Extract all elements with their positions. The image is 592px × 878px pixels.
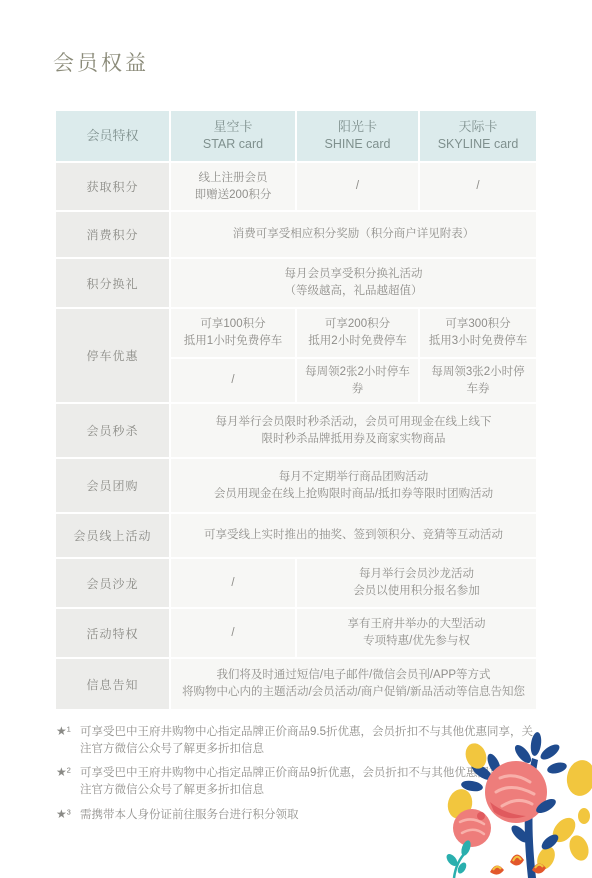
row-points-gift: 积分换礼 每月会员享受积分换礼活动 （等级越高，礼品越超值） [56,259,536,307]
table-header-row: 会员特权 星空卡 STAR card 阳光卡 SHINE card 天际卡 SK… [56,111,536,161]
row-label-group-buy: 会员团购 [56,459,169,512]
row-flash-sale: 会员秒杀 每月举行会员限时秒杀活动，会员可用现金在线上线下 限时秒杀品牌抵用券及… [56,404,536,457]
row-spend-points: 消费积分 消费可享受相应积分奖励（积分商户详见附表） [56,212,536,257]
row-label-info-notice: 信息告知 [56,659,169,709]
cell-earn-points-star: 线上注册会员 即赠送200积分 [171,163,295,210]
row-label-online-events: 会员线上活动 [56,514,169,557]
cell-info-notice-all: 我们将及时通过短信/电子邮件/微信会员刊/APP等方式 将购物中心内的主题活动/… [171,659,536,709]
card-name-cn: 星空卡 [213,119,252,134]
row-label-points-gift: 积分换礼 [56,259,169,307]
row-parking-1: 停车优惠 可享100积分 抵用1小时免费停车 可享200积分 抵用2小时免费停车… [56,309,536,357]
cell-parking1-shine: 可享200积分 抵用2小时免费停车 [297,309,418,357]
row-member-salon: 会员沙龙 / 每月举行会员沙龙活动 会员以使用积分报名参加 [56,559,536,607]
flower-decoration-illustration [424,730,592,878]
cell-earn-points-shine: / [297,163,418,210]
cell-member-salon-star: / [171,559,295,607]
cell-parking1-skyline: 可享300积分 抵用3小时免费停车 [420,309,536,357]
row-label-member-salon: 会员沙龙 [56,559,169,607]
card-name-en: SKYLINE card [426,136,530,152]
star-footnote-icon: ★³ [56,806,76,823]
cell-parking2-shine: 每周领2张2小时停车券 [297,359,418,402]
column-header-star-card: 星空卡 STAR card [171,111,295,161]
footnote-text: 需携带本人身份证前往服务台进行积分领取 [80,807,299,824]
card-name-cn: 阳光卡 [338,119,377,134]
cell-earn-points-skyline: / [420,163,536,210]
row-label-spend-points: 消费积分 [56,212,169,257]
member-benefits-page: 会员权益 会员特权 星空卡 STAR card 阳光卡 SHINE card 天… [0,0,592,878]
row-info-notice: 信息告知 我们将及时通过短信/电子邮件/微信会员刊/APP等方式 将购物中心内的… [56,659,536,709]
row-event-privilege: 活动特权 / 享有王府井举办的大型活动 专项特惠/优先参与权 [56,609,536,657]
cell-member-salon-shine-skyline: 每月举行会员沙龙活动 会员以使用积分报名参加 [297,559,536,607]
cell-event-privilege-star: / [171,609,295,657]
star-footnote-icon: ★² [56,764,76,781]
card-name-en: SHINE card [303,136,412,152]
benefits-table: 会员特权 星空卡 STAR card 阳光卡 SHINE card 天际卡 SK… [54,109,538,711]
cell-parking2-star: / [171,359,295,402]
cell-online-events-all: 可享受线上实时推出的抽奖、签到领积分、竞猜等互动活动 [171,514,536,557]
row-label-event-privilege: 活动特权 [56,609,169,657]
row-group-buy: 会员团购 每月不定期举行商品团购活动 会员用现金在线上抢购限时商品/抵扣券等限时… [56,459,536,512]
page-title: 会员权益 [53,47,149,77]
cell-spend-points-all: 消费可享受相应积分奖励（积分商户详见附表） [171,212,536,257]
row-earn-points: 获取积分 线上注册会员 即赠送200积分 / / [56,163,536,210]
star-footnote-icon: ★¹ [56,723,76,740]
cell-event-privilege-shine-skyline: 享有王府井举办的大型活动 专项特惠/优先参与权 [297,609,536,657]
row-online-events: 会员线上活动 可享受线上实时推出的抽奖、签到领积分、竞猜等互动活动 [56,514,536,557]
card-name-en: STAR card [177,136,289,152]
cell-parking2-skyline: 每周领3张2小时停车券 [420,359,536,402]
column-header-shine-card: 阳光卡 SHINE card [297,111,418,161]
card-name-cn: 天际卡 [458,119,497,134]
column-header-skyline-card: 天际卡 SKYLINE card [420,111,536,161]
cell-group-buy-all: 每月不定期举行商品团购活动 会员用现金在线上抢购限时商品/抵扣券等限时团购活动 [171,459,536,512]
cell-flash-sale-all: 每月举行会员限时秒杀活动，会员可用现金在线上线下 限时秒杀品牌抵用券及商家实物商… [171,404,536,457]
row-label-flash-sale: 会员秒杀 [56,404,169,457]
cell-points-gift-all: 每月会员享受积分换礼活动 （等级越高，礼品越超值） [171,259,536,307]
column-header-privilege: 会员特权 [56,111,169,161]
row-label-earn-points: 获取积分 [56,163,169,210]
row-label-parking: 停车优惠 [56,309,169,402]
cell-parking1-star: 可享100积分 抵用1小时免费停车 [171,309,295,357]
